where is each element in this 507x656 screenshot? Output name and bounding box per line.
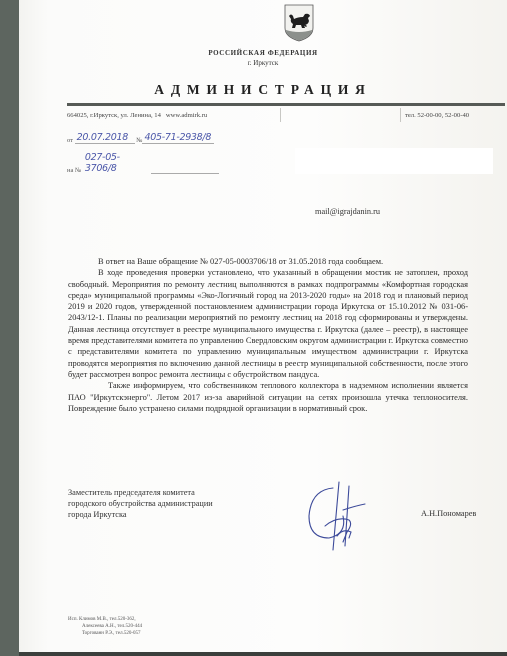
phone-divider: [400, 108, 401, 122]
outgoing-number: 405-71-2938/8: [142, 132, 214, 144]
signatory-name: А.Н.Пономарев: [421, 509, 476, 518]
executors-list: Исп. Климов М.В., тел.520-362, Алексеева…: [68, 617, 142, 637]
handwritten-signature-icon: [303, 476, 373, 556]
redacted-recipient-block: [295, 148, 493, 174]
reply-to-label: на №: [67, 167, 81, 174]
body-paragraph-intro: В ответ на Ваше обращение № 027-05-00037…: [68, 256, 468, 267]
body-paragraph-heating: Также информируем, что собственником теп…: [68, 380, 468, 414]
website-link[interactable]: www.admirk.ru: [166, 112, 207, 119]
position-line: Заместитель председателя комитета: [68, 487, 213, 498]
address-divider: [280, 108, 281, 122]
organization-title: АДМИНИСТРАЦИЯ: [19, 82, 507, 98]
incoming-reference: на № 027-05-3706/8: [67, 152, 219, 174]
body-paragraph-inspection: В ходе проведения проверки установлено, …: [68, 267, 468, 380]
from-label: от: [67, 137, 73, 144]
phone-numbers: тел. 52-00-00, 52-00-40: [405, 112, 469, 119]
scan-bottom-edge: [19, 652, 507, 656]
executor-line: Торгованн Р.Э., тел.520-057: [68, 631, 142, 638]
blank-line: [151, 165, 219, 174]
letter-body: В ответ на Ваше обращение № 027-05-00037…: [68, 256, 468, 414]
federation-heading: РОССИЙСКАЯ ФЕДЕРАЦИЯ: [19, 49, 507, 57]
recipient-email: mail@igrajdanin.ru: [315, 207, 380, 216]
city-heading: г. Иркутск: [19, 59, 507, 67]
position-line: городского обустройства администрации: [68, 498, 213, 509]
outgoing-reference: от 20.07.2018 № 405-71-2938/8: [67, 132, 214, 144]
executor-line: Исп. Климов М.В., тел.520-362,: [68, 617, 142, 624]
position-line: города Иркутска: [68, 509, 213, 520]
header-rule: [67, 103, 505, 106]
irkutsk-coat-of-arms-icon: [283, 4, 315, 42]
address-text: 664025, г.Иркутск, ул. Ленина, 14: [67, 112, 161, 119]
signatory-position: Заместитель председателя комитета городс…: [68, 487, 213, 520]
incoming-number: 027-05-3706/8: [83, 152, 151, 174]
executor-line: Алексеева А.Н., тел.520-444: [68, 624, 142, 631]
address: 664025, г.Иркутск, ул. Ленина, 14 www.ad…: [67, 112, 207, 119]
outgoing-date: 20.07.2018: [75, 132, 135, 144]
